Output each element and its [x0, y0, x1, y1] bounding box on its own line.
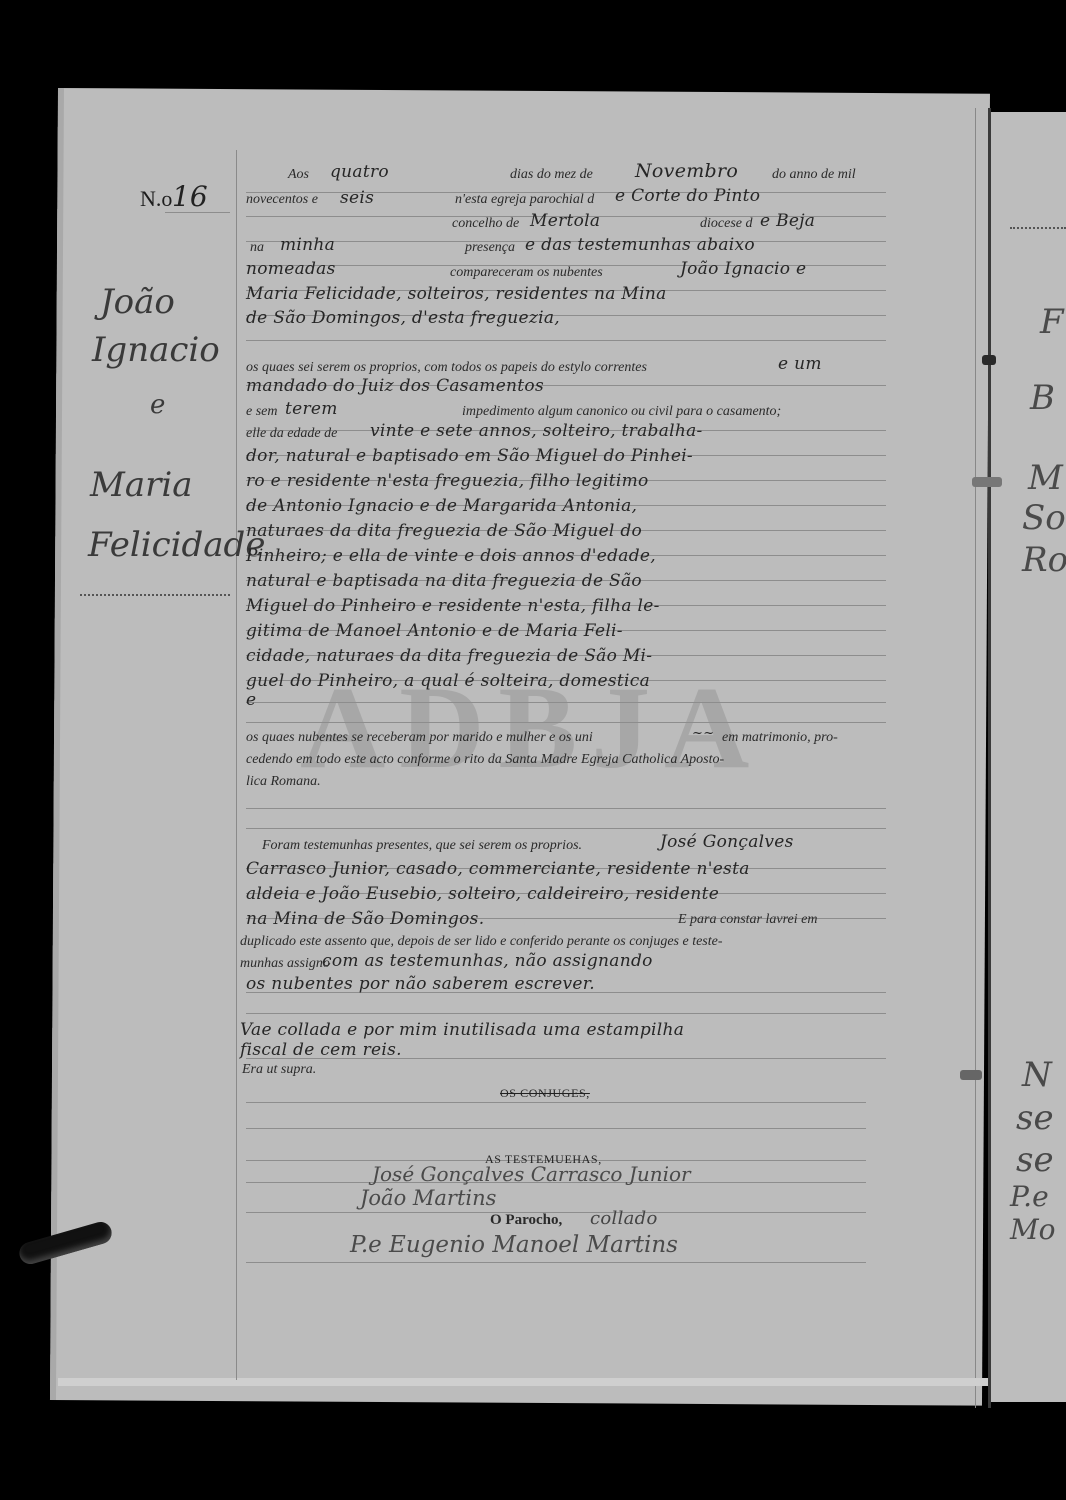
- witness-signature-2: João Martins: [360, 1186, 496, 1210]
- handwritten-text: vinte e sete annos, solteiro, trabalha-: [370, 421, 703, 441]
- printed-text: em matrimonio, pro-: [722, 730, 838, 746]
- printed-text: compareceram os nubentes: [450, 265, 603, 281]
- handwritten-text: os nubentes por não saberem escrever.: [246, 974, 595, 994]
- era-ut-supra: Era ut supra.: [242, 1062, 316, 1078]
- handwritten-witness: aldeia e João Eusebio, solteiro, caldeir…: [246, 884, 719, 904]
- printed-text: os quaes sei serem os proprios, com todo…: [246, 360, 647, 376]
- printed-text: lica Romana.: [246, 774, 321, 790]
- handwritten-text: de Antonio Ignacio e de Margarida Antoni…: [246, 496, 637, 516]
- handwritten-stamp-note: fiscal de cem reis.: [240, 1040, 402, 1060]
- handwritten-text: ro e residente n'esta freguezia, filho l…: [246, 471, 649, 491]
- entry-number: 16: [172, 180, 208, 213]
- printed-text: impedimento algum canonico ou civil para…: [462, 404, 781, 420]
- facing-page-fragment: So: [1022, 498, 1066, 538]
- handwritten-text: Miguel do Pinheiro e residente n'esta, f…: [246, 596, 660, 616]
- margin-rule: [236, 150, 237, 1380]
- margin-flourish: [80, 592, 230, 596]
- binding-clip: [972, 477, 1002, 487]
- facing-page-fragment: Ro: [1022, 540, 1066, 580]
- handwritten-diocese: e Beja: [760, 211, 815, 231]
- printed-text: munhas assigno: [240, 956, 330, 972]
- handwritten-text: naturaes da dita freguezia de São Miguel…: [246, 521, 642, 541]
- facing-page-fragment: N: [1022, 1055, 1052, 1095]
- handwritten-stamp-note: Vae collada e por mim inutilisada uma es…: [240, 1020, 684, 1040]
- handwritten-day: quatro: [330, 162, 389, 182]
- handwritten-witness: Carrasco Junior, casado, commerciante, r…: [246, 859, 750, 879]
- parocho-signature: P.e Eugenio Manoel Martins: [350, 1232, 678, 1258]
- printed-text: elle da edade de: [246, 426, 337, 442]
- printed-text: presença: [465, 240, 515, 256]
- parocho-collado: collado: [590, 1208, 658, 1229]
- handwritten-text: natural e baptisada na dita freguezia de…: [246, 571, 642, 591]
- handwritten-text: gitima de Manoel Antonio e de Maria Feli…: [246, 621, 623, 641]
- printed-text: Aos: [288, 167, 309, 183]
- handwritten-groom-bride: João Ignacio e: [680, 259, 806, 279]
- handwritten-witness: José Gonçalves: [660, 832, 794, 852]
- facing-page-fragment: P.e Mo: [1010, 1180, 1066, 1246]
- printed-text: n'esta egreja parochial d: [455, 192, 594, 208]
- printed-text: dias do mez de: [510, 167, 593, 183]
- printed-text: e sem: [246, 404, 278, 420]
- facing-page-fragment: M: [1028, 458, 1063, 498]
- handwritten-text: e um: [778, 354, 822, 374]
- handwritten-text: guel do Pinheiro, a qual é solteira, dom…: [246, 671, 650, 691]
- handwritten-text: mandado do Juiz dos Casamentos: [246, 376, 544, 396]
- conjuges-label: OS CONJUGES,: [500, 1086, 590, 1101]
- margin-name-fourth: Felicidade: [88, 525, 265, 565]
- margin-name-second: Ignacio: [92, 330, 220, 370]
- book-gutter: [988, 108, 991, 1408]
- handwritten-text: terem: [285, 399, 338, 419]
- facing-page-fragment: F: [1040, 302, 1064, 342]
- handwritten-text: e: [246, 690, 256, 710]
- printed-text: duplicado este assento que, depois de se…: [240, 934, 723, 950]
- handwritten-text: com as testemunhas, não assignando: [322, 951, 653, 971]
- handwritten-text: dor, natural e baptisado em São Miguel d…: [246, 446, 693, 466]
- binding-clip: [960, 1070, 982, 1080]
- handwritten-text: Maria Felicidade, solteiros, residentes …: [246, 284, 667, 304]
- facing-page-fragment: se: [1016, 1098, 1054, 1138]
- parocho-label: O Parocho,: [490, 1212, 562, 1229]
- handwritten-text: de São Domingos, d'esta freguezia,: [246, 308, 560, 328]
- facing-page-fragment: se: [1016, 1140, 1054, 1180]
- handwritten-text: e das testemunhas abaixo: [525, 235, 755, 255]
- facing-flourish: [1010, 225, 1066, 229]
- margin-name-first: João: [100, 282, 175, 322]
- handwritten-parish: e Corte do Pinto: [615, 186, 760, 206]
- handwritten-text: na Mina de São Domingos.: [246, 909, 484, 929]
- margin-name-conj: e: [150, 390, 165, 420]
- printed-text: diocese d: [700, 216, 752, 232]
- handwritten-year: seis: [340, 188, 374, 208]
- rule: [165, 212, 230, 213]
- entry-number-label: N.o: [140, 186, 172, 212]
- page-gutter-line: [975, 108, 976, 1408]
- printed-text: concelho de: [452, 216, 519, 232]
- page-bottom-edge: [58, 1378, 988, 1386]
- handwritten-municipality: Mertola: [530, 211, 600, 231]
- handwritten-text: nomeadas: [246, 259, 336, 279]
- printed-text: Foram testemunhas presentes, que sei ser…: [262, 838, 582, 854]
- facing-page-fragment: B: [1030, 378, 1055, 418]
- handwritten-mark: ~~: [692, 726, 714, 741]
- margin-name-third: Maria: [90, 465, 192, 505]
- witness-signature-1: José Gonçalves Carrasco Junior: [372, 1162, 691, 1186]
- handwritten-text: minha: [280, 235, 335, 255]
- printed-text: cedendo em todo este acto conforme o rit…: [246, 752, 724, 768]
- binding-clip: [982, 355, 996, 365]
- printed-text: os quaes nubentes se receberam por marid…: [246, 730, 593, 746]
- printed-text: na: [250, 240, 264, 256]
- printed-text: do anno de mil: [772, 167, 856, 183]
- handwritten-text: Pinheiro; e ella de vinte e dois annos d…: [246, 546, 656, 566]
- printed-text: E para constar lavrei em: [678, 912, 817, 928]
- printed-text: novecentos e: [246, 192, 318, 208]
- handwritten-text: cidade, naturaes da dita freguezia de Sã…: [246, 646, 652, 666]
- handwritten-month: Novembro: [635, 160, 738, 182]
